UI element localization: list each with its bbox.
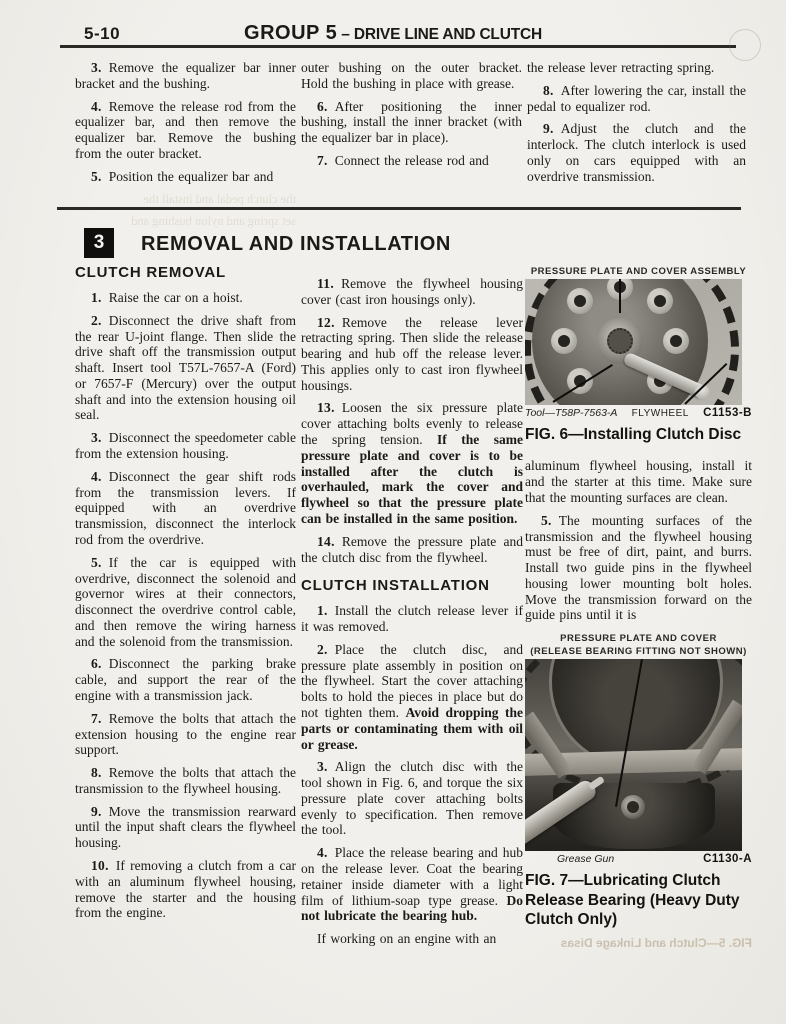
paragraph: 4. Place the release bearing and hub on … <box>301 845 523 924</box>
manual-page: 5-10 GROUP 5 – DRIVE LINE AND CLUTCH the… <box>0 0 786 1024</box>
fig6-tool-label: Tool—T58P-7563-A <box>525 407 617 419</box>
fig6-flywheel-label: FLYWHEEL <box>632 408 689 419</box>
paragraph: 4. Disconnect the gear shift rods from t… <box>75 469 296 548</box>
paragraph: 11. Remove the flywheel housing cover (c… <box>301 276 523 308</box>
paragraph: 7. Remove the bolts that attach the exte… <box>75 711 296 758</box>
fig6-callout-label: PRESSURE PLATE AND COVER ASSEMBLY <box>525 266 752 277</box>
clutch-installation-heading: CLUTCH INSTALLATION <box>301 577 523 594</box>
punch-hole-mark <box>729 29 761 61</box>
bolt-boss-shape <box>647 288 673 314</box>
fig7-photo-lubricating-release-bearing <box>525 659 742 851</box>
bleed-through-text: set spring and nylon bushing and <box>78 214 296 229</box>
clutch-removal-heading: CLUTCH REMOVAL <box>75 264 296 281</box>
callout-leader-line <box>619 279 621 313</box>
paragraph: 7. Connect the release rod and <box>301 153 522 169</box>
middle-column: 11. Remove the flywheel housing cover (c… <box>301 276 523 954</box>
bolt-boss-shape <box>567 288 593 314</box>
paragraph: 2. Disconnect the drive shaft from the r… <box>75 313 296 423</box>
clutch-removal-column: CLUTCH REMOVAL 1. Raise the car on a hoi… <box>75 264 296 928</box>
intro-column-1: 3. Remove the equalizer bar inner bracke… <box>75 60 296 191</box>
paragraph: 3. Disconnect the speedometer cable from… <box>75 430 296 462</box>
fig7-callout-line2: (RELEASE BEARING FITTING NOT SHOWN) <box>525 646 752 657</box>
group-title: GROUP 5 <box>244 22 337 44</box>
bolt-boss-shape <box>663 328 689 354</box>
paragraph: 10. If removing a clutch from a car with… <box>75 858 296 921</box>
paragraph: 12. Remove the release lever retracting … <box>301 315 523 394</box>
fig7-grease-gun-label: Grease Gun <box>557 853 614 865</box>
paragraph: 9. Adjust the clutch and the interlock. … <box>527 121 746 184</box>
paragraph: 13. Loosen the six pressure plate cover … <box>301 400 523 526</box>
clutch-removal-steps: 1. Raise the car on a hoist.2. Disconnec… <box>75 290 296 921</box>
paragraph: 4. Remove the release rod from the equal… <box>75 99 296 162</box>
paragraph: outer bushing on the outer bracket. Hold… <box>301 60 522 92</box>
header-rule <box>60 45 736 48</box>
fig6-label-row: Tool—T58P-7563-A FLYWHEEL C1153-B <box>525 407 752 419</box>
paragraph: 6. Disconnect the parking brake cable, a… <box>75 656 296 703</box>
right-column-text: aluminum flywheel housing, install it an… <box>525 458 752 623</box>
paragraph: 1. Install the clutch release lever if i… <box>301 603 523 635</box>
fig7-label-row: Grease Gun C1130-A <box>525 853 752 865</box>
paragraph: 5. If the car is equipped with overdrive… <box>75 555 296 650</box>
section-divider-rule <box>57 207 741 210</box>
paragraph: 5. The mounting surfaces of the transmis… <box>525 513 752 623</box>
bleed-through-text: the clutch pedal and install the <box>78 192 296 207</box>
paragraph: 6. After positioning the inner bushing, … <box>301 99 522 146</box>
clutch-removal-steps-continued: 11. Remove the flywheel housing cover (c… <box>301 276 523 565</box>
paragraph: 8. Remove the bolts that attach the tran… <box>75 765 296 797</box>
bolt-boss-shape <box>551 328 577 354</box>
paragraph: 5. Position the equalizer bar and <box>75 169 296 185</box>
paragraph: 14. Remove the pressure plate and the cl… <box>301 534 523 566</box>
paragraph: If working on an engine with an <box>301 931 523 947</box>
fig6-photo-installing-clutch-disc <box>525 279 742 405</box>
page-title: GROUP 5 – DRIVE LINE AND CLUTCH <box>0 22 786 45</box>
paragraph: the release lever retracting spring. <box>527 60 746 76</box>
paragraph: 2. Place the clutch disc, and pressure p… <box>301 642 523 752</box>
paragraph: 3. Remove the equalizer bar inner bracke… <box>75 60 296 92</box>
paragraph: 8. After lowering the car, install the p… <box>527 83 746 115</box>
fig6-photo-id: C1153-B <box>703 407 752 419</box>
paragraph: 3. Align the clutch disc with the tool s… <box>301 759 523 838</box>
center-bolt-shape <box>621 795 645 819</box>
intro-column-2: outer bushing on the outer bracket. Hold… <box>301 60 522 176</box>
fig7-caption: FIG. 7—Lubricating Clutch Release Bearin… <box>525 871 752 929</box>
fig7-callout-line1: PRESSURE PLATE AND COVER <box>525 633 752 644</box>
clutch-installation-steps: 1. Install the clutch release lever if i… <box>301 603 523 947</box>
paragraph: 9. Move the transmission rearward until … <box>75 804 296 851</box>
right-column: PRESSURE PLATE AND COVER ASSEMBLY Tool—T… <box>525 266 752 943</box>
paragraph: aluminum flywheel housing, install it an… <box>525 458 752 505</box>
fig6-caption: FIG. 6—Installing Clutch Disc <box>525 425 752 444</box>
section-number-badge: 3 <box>84 228 114 258</box>
section-title: REMOVAL AND INSTALLATION <box>141 233 451 256</box>
group-subtitle: – DRIVE LINE AND CLUTCH <box>337 26 542 43</box>
fig7-photo-id: C1130-A <box>703 853 752 865</box>
intro-column-3: the release lever retracting spring.8. A… <box>527 60 746 191</box>
paragraph: 1. Raise the car on a hoist. <box>75 290 296 306</box>
